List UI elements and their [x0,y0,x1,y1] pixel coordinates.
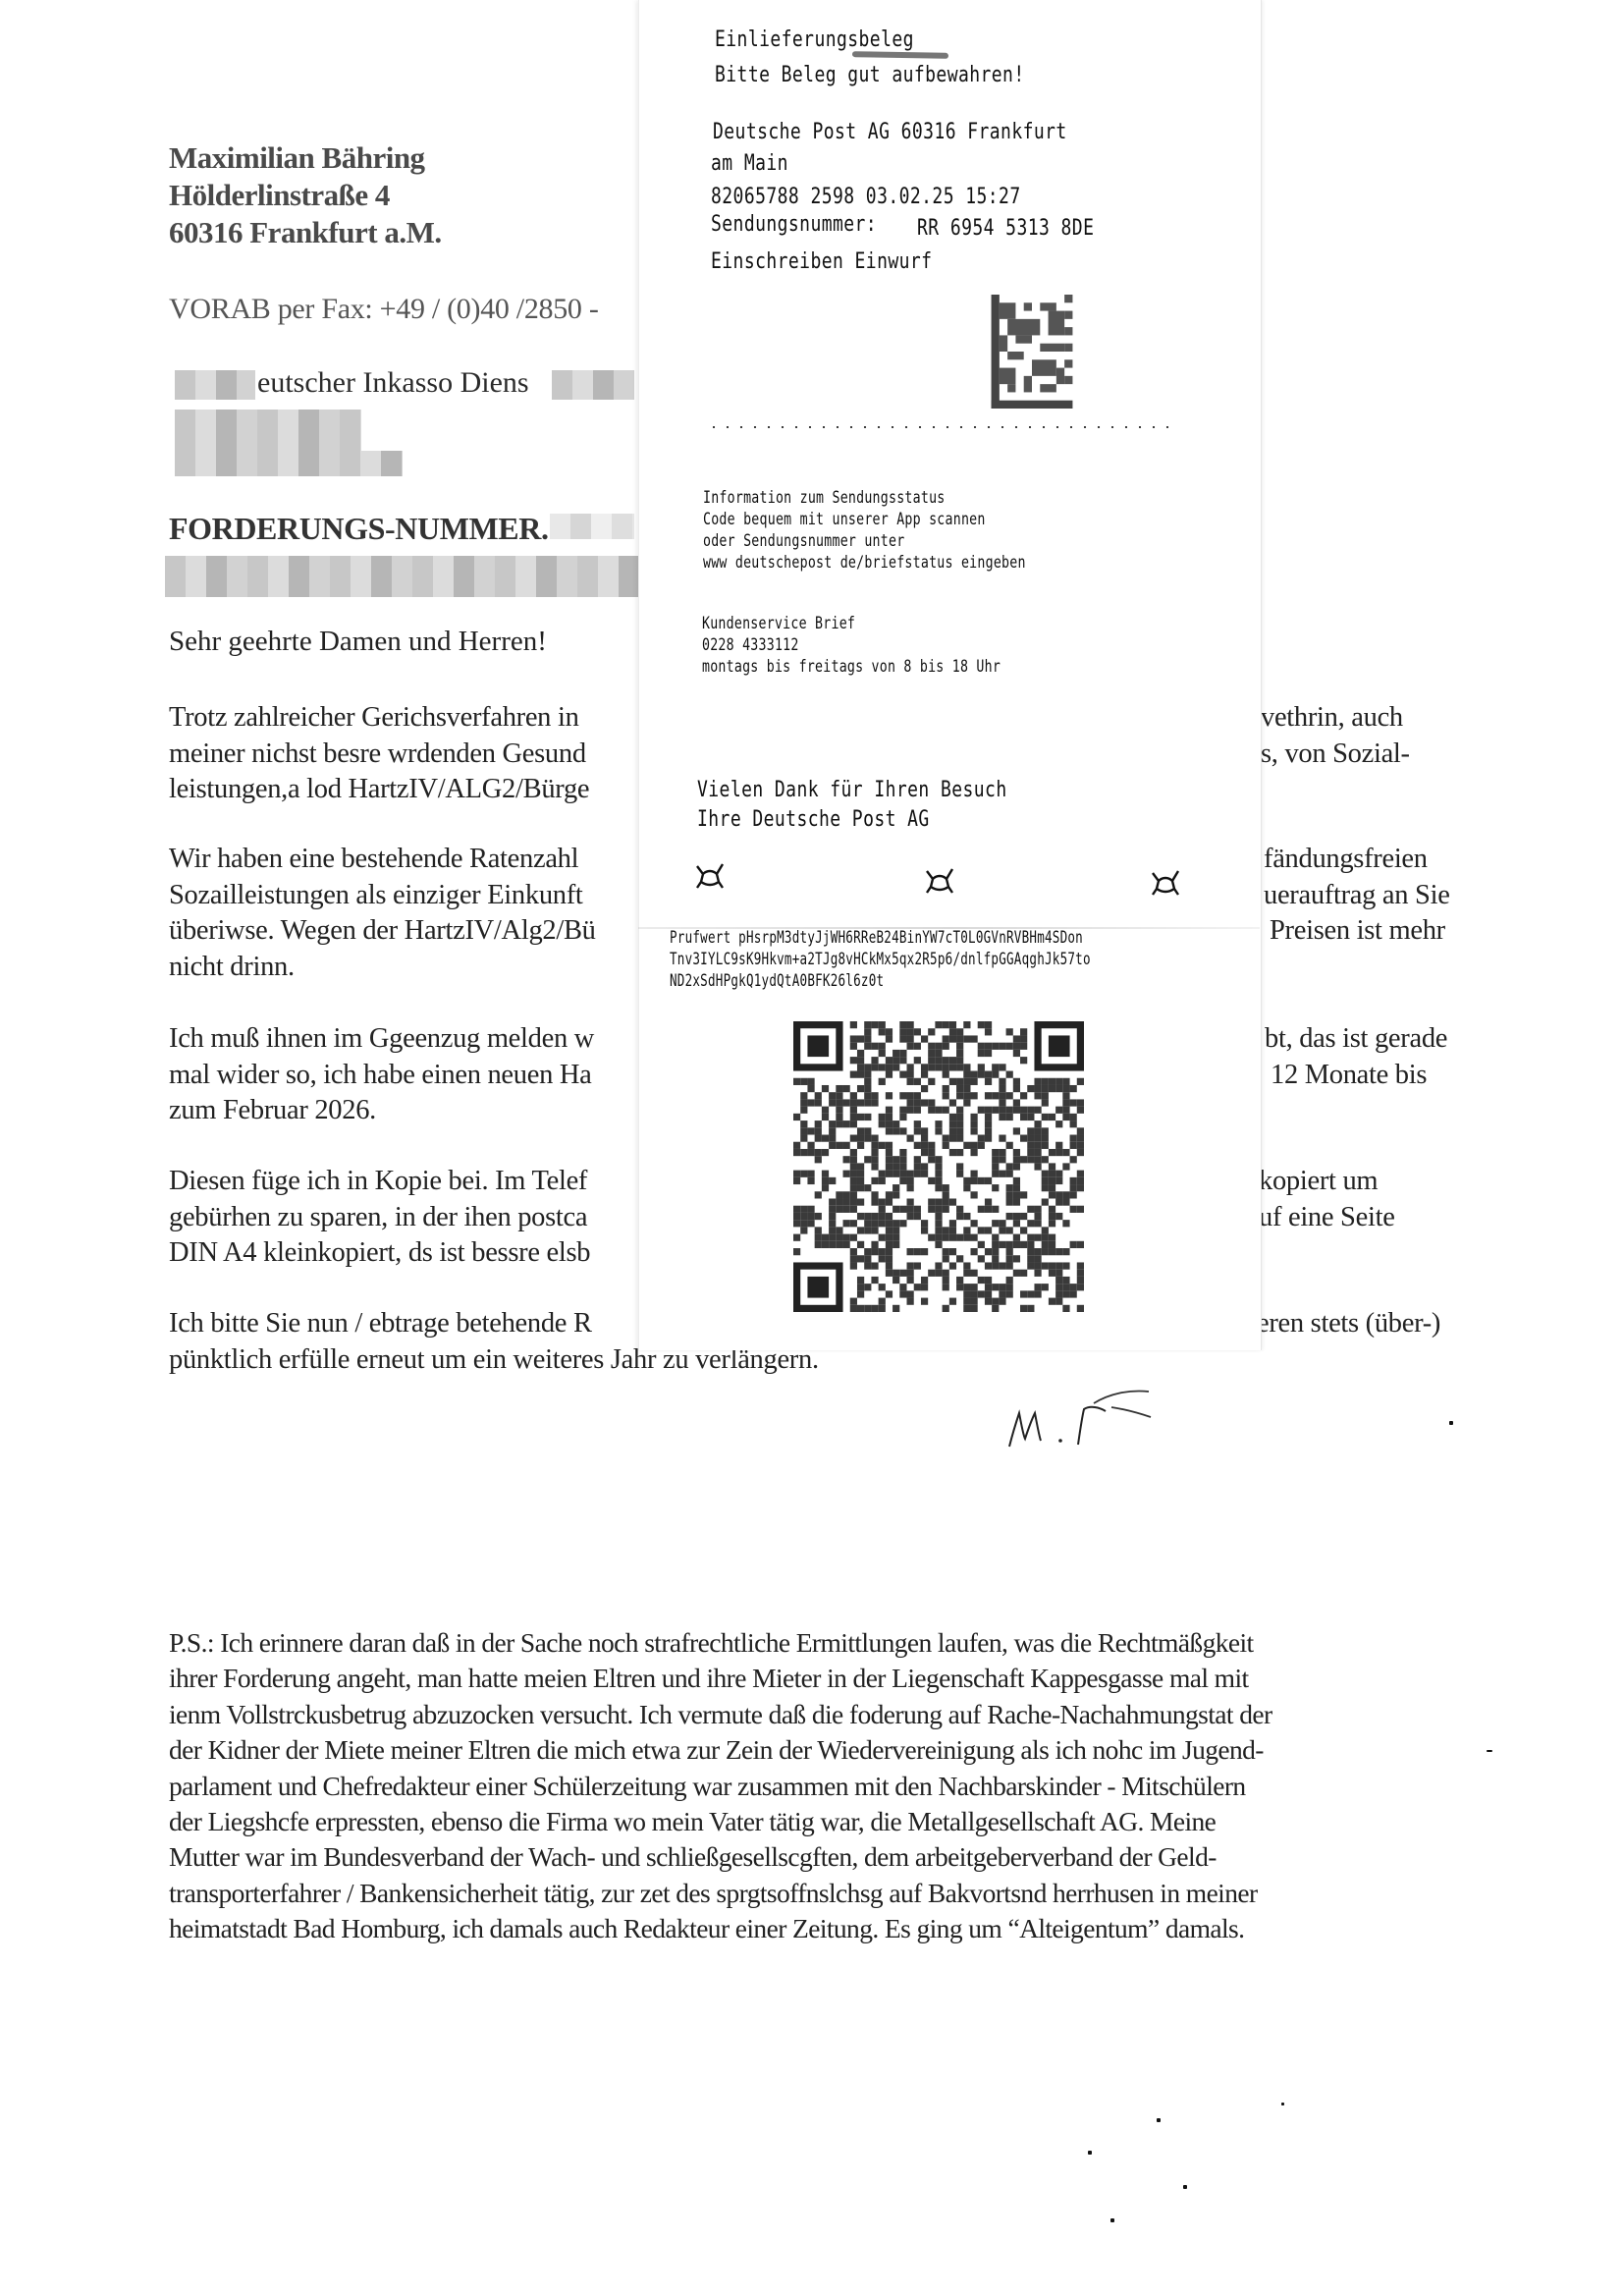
paragraph-line: gebürhen zu sparen, in der ihen postca [169,1200,590,1236]
paragraph-5-right: eren stets (über-) [1257,1306,1440,1342]
paragraph-line: meiner nichst besre wrdenden Gesund [169,737,589,773]
paragraph-line: vethrin, auch [1261,700,1410,737]
receipt-city: am Main [711,151,788,176]
paragraph-2-right: fändungsfreien uerauftrag an Sie Preisen… [1264,842,1450,950]
scan-speck [1088,2151,1092,2155]
postscript: P.S.: Ich erinnere daran daß in der Sach… [169,1625,1272,1947]
postscript-line: der Kidner der Miete meiner Eltren die m… [169,1732,1272,1768]
paragraph-line: bt, das ist gerade [1265,1021,1447,1058]
postscript-line: parlament und Chefredakteur einer Schüle… [169,1769,1272,1804]
postscript-line: ienm Vollstrckusbetrug abzuzocken versuc… [169,1697,1272,1732]
qr-code-icon [793,1021,1084,1312]
receipt-title: Einlieferungsbeleg [715,27,914,52]
redaction-block [175,370,255,400]
handwritten-signature [1001,1380,1198,1458]
scanned-letter-page: Maximilian Bähring Hölderlinstraße 4 603… [0,0,1623,2296]
thanks-line: Vielen Dank für Ihren Besuch [697,776,1007,805]
check-value: Prufwert pHsrpM3dtyJjWH6RReB24BinYW7cT0L… [670,927,1091,992]
tracking-number: RR 6954 5313 8DE [917,216,1094,241]
posthorn-logo-icon [693,860,727,892]
postscript-line: P.S.: Ich erinnere daran daß in der Sach… [169,1625,1272,1661]
info-line: Code bequem mit unserer App scannen [703,509,1026,530]
check-line: ND2xSdHPgkQ1ydQtA0BFK26l6z0t [670,970,1091,992]
info-line: www deutschepost de/briefstatus eingeben [703,552,1026,574]
redaction-block [552,370,634,400]
customer-service: Kundenservice Brief 0228 4333112 montags… [702,613,1001,678]
paragraph-3: Ich muß ihnen im Ggeenzug melden w mal w… [169,1021,594,1129]
paragraph-line: nicht drinn. [169,950,596,986]
info-line: Information zum Sendungsstatus [703,487,1026,509]
scan-speck [1183,2185,1187,2189]
paragraph-line: leistungen,a lod HartzIV/ALG2/Bürge [169,772,589,808]
datamatrix-code-icon [990,295,1074,409]
scan-speck [1281,2103,1284,2105]
paragraph-line: zum Februar 2026. [169,1093,594,1129]
paragraph-line: s, von Sozial- [1261,737,1410,773]
sender-street: Hölderlinstraße 4 [169,177,442,214]
receipt-transaction: 82065788 2598 03.02.25 15:27 [711,185,1021,209]
receipt-company: Deutsche Post AG 60316 Frankfurt [713,120,1067,144]
dotted-separator [707,426,1178,428]
sender-name: Maximilian Bähring [169,139,442,177]
paragraph-1: Trotz zahlreicher Gerichsverfahren in me… [169,700,589,808]
paragraph-line: Diesen füge ich in Kopie bei. Im Telef [169,1164,590,1200]
scan-speck [1449,1421,1453,1425]
postscript-line: ihrer Forderung angeht, man hatte meien … [169,1661,1272,1696]
paragraph-line: Preisen ist mehr [1264,913,1450,950]
paragraph-1-right: vethrin, auch s, von Sozial- [1261,700,1410,772]
postscript-line: Mutter war im Bundesverband der Wach- un… [169,1839,1272,1875]
sender-city: 60316 Frankfurt a.M. [169,214,442,251]
service-type: Einschreiben Einwurf [711,249,932,274]
service-line: 0228 4333112 [702,634,1001,656]
paragraph-line: eren stets (über-) [1257,1306,1440,1342]
fax-line: VORAB per Fax: +49 / (0)40 /2850 - [169,293,599,326]
posthorn-logo-icon [1149,867,1182,899]
paragraph-line: uf eine Seite [1259,1200,1395,1236]
tracking-label: Sendungsnummer: [711,212,877,237]
scan-speck [1157,2118,1161,2122]
paragraph-line: Ich muß ihnen im Ggeenzug melden w [169,1021,594,1058]
paragraph-3-right: bt, das ist gerade 12 Monate bis [1265,1021,1447,1093]
scan-speck [1487,1750,1492,1752]
redaction-block [550,514,634,539]
paragraph-line: uerauftrag an Sie [1264,878,1450,914]
recipient-name: eutscher Inkasso Diens [257,366,529,400]
paragraph-line: fändungsfreien [1264,842,1450,878]
salutation: Sehr geehrte Damen und Herren! [169,626,547,658]
redaction-block [165,556,638,597]
posthorn-logo-icon [923,865,956,897]
paragraph-line: 12 Monate bis [1265,1058,1447,1094]
sender-address: Maximilian Bähring Hölderlinstraße 4 603… [169,139,442,251]
check-line: Prufwert pHsrpM3dtyJjWH6RReB24BinYW7cT0L… [670,927,1091,949]
status-info: Information zum Sendungsstatus Code bequ… [703,487,1026,574]
receipt-notice: Bitte Beleg gut aufbewahren! [715,63,1025,87]
service-line: Kundenservice Brief [702,613,1001,634]
paragraph-4-right: kopiert um uf eine Seite [1259,1164,1395,1235]
paragraph-line: Trotz zahlreicher Gerichsverfahren in [169,700,589,737]
paragraph-line: kopiert um [1259,1164,1395,1200]
paragraph-line: überiwse. Wegen der HartzIV/Alg2/Bü [169,913,596,950]
redaction-block [175,451,403,476]
paragraph-2: Wir haben eine bestehende Ratenzahl Soza… [169,842,596,985]
paragraph-4: Diesen füge ich in Kopie bei. Im Telef g… [169,1164,590,1272]
paragraph-line: Sozailleistungen als einziger Einkunft [169,878,596,914]
scan-speck [1110,2218,1114,2222]
thanks-line: Ihre Deutsche Post AG [697,805,1007,835]
info-line: oder Sendungsnummer unter [703,530,1026,552]
postscript-line: heimatstadt Bad Homburg, ich damals auch… [169,1911,1272,1946]
postscript-line: transporterfahrer / Bankensicherheit tät… [169,1876,1272,1911]
thank-you: Vielen Dank für Ihren Besuch Ihre Deutsc… [697,776,1007,835]
service-line: montags bis freitags von 8 bis 18 Uhr [702,656,1001,678]
claim-number-heading: FORDERUNGS-NUMMER. [169,511,549,547]
paragraph-line: mal wider so, ich habe einen neuen Ha [169,1058,594,1094]
redaction-block [175,410,361,451]
paragraph-line: Wir haben eine bestehende Ratenzahl [169,842,596,878]
check-line: Tnv3IYLC9sK9Hkvm+a2TJg8vHCkMx5qx2R5p6/dn… [670,949,1091,970]
paragraph-line: DIN A4 kleinkopiert, ds ist bessre elsb [169,1235,590,1272]
postscript-line: der Liegshcfe erpressten, ebenso die Fir… [169,1804,1272,1839]
